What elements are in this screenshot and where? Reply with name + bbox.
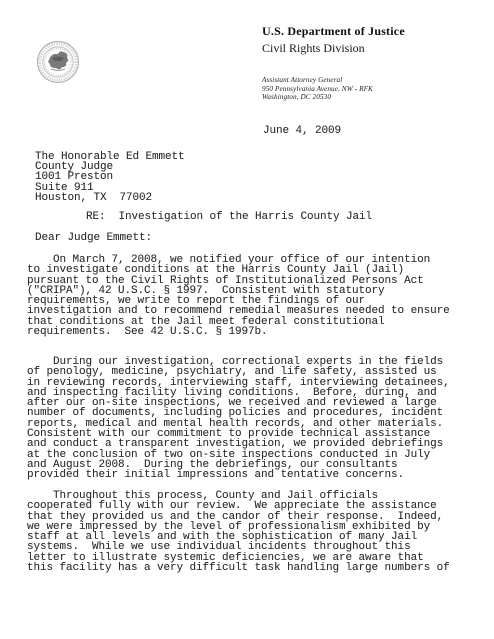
doj-seal	[36, 40, 80, 84]
doj-seal-icon	[36, 40, 80, 84]
division-title: Civil Rights Division	[262, 41, 365, 56]
body-paragraph-3: Throughout this process, County and Jail…	[27, 491, 450, 573]
recipient-address: The Honorable Ed Emmett County Judge 100…	[35, 152, 185, 203]
office-line-1: Assistant Attorney General	[262, 76, 373, 85]
office-line-2: 950 Pennsylvania Avenue, NW - RFK	[262, 85, 373, 94]
scanned-letter-page: U.S. Department of Justice Civil Rights …	[0, 0, 494, 639]
salutation: Dear Judge Emmett:	[35, 233, 152, 243]
body-paragraph-1: On March 7, 2008, we notified your offic…	[27, 255, 450, 337]
agency-title: U.S. Department of Justice	[262, 24, 405, 39]
date-line: June 4, 2009	[263, 126, 341, 136]
body-paragraph-2: During our investigation, correctional e…	[27, 357, 450, 481]
office-address-block: Assistant Attorney General 950 Pennsylva…	[262, 76, 373, 102]
re-subject-line: RE: Investigation of the Harris County J…	[86, 212, 372, 222]
office-line-3: Washington, DC 20530	[262, 93, 373, 102]
